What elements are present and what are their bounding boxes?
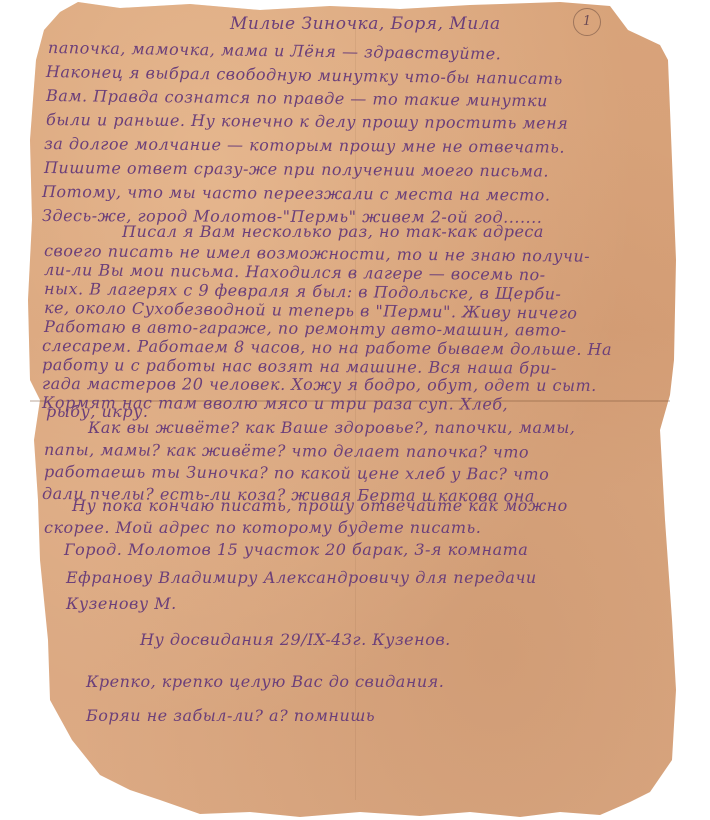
address-recipient-line: Ефранову Владимиру Александровичу для пе…: [66, 568, 537, 588]
address-recipient-line: Кузенову М.: [66, 594, 177, 614]
postscript-line: Боряи не забыл-ли? а? помнишь: [86, 706, 375, 726]
salutation-line: Милые Зиночка, Боря, Мила: [230, 14, 501, 34]
letter-line: скорее. Мой адрес по которому будете пис…: [44, 518, 481, 538]
letter-line: за долгое молчание — которым прошу мне н…: [44, 134, 565, 158]
closing-date-line: Ну досвидания 29/IX-43г. Кузенов.: [140, 630, 451, 650]
letter-line: работаешь ты Зиночка? по какой цене хлеб…: [44, 462, 549, 485]
letter-line: Ну пока кончаю писать, прошу отвечайте к…: [72, 496, 568, 516]
letter-line: были и раньше. Ну конечно к делу прошу п…: [46, 110, 568, 134]
letter-line: Пишите ответ сразу-же при получении моег…: [44, 158, 549, 182]
address-line: Город. Молотов 15 участок 20 барак, 3-я …: [64, 540, 528, 560]
page-number: 1: [573, 8, 601, 36]
letter-line: Писал я Вам несколько раз, но так-как ад…: [122, 222, 544, 242]
letter-line: папы, мамы? как живёте? что делает папоч…: [44, 440, 529, 463]
postscript-line: Крепко, крепко целую Вас до свидания.: [86, 672, 444, 692]
letter-line: Потому, что мы часто переезжали с места …: [42, 182, 551, 206]
letter-line: Как вы живёте? как Ваше здоровье?, папоч…: [88, 418, 575, 438]
